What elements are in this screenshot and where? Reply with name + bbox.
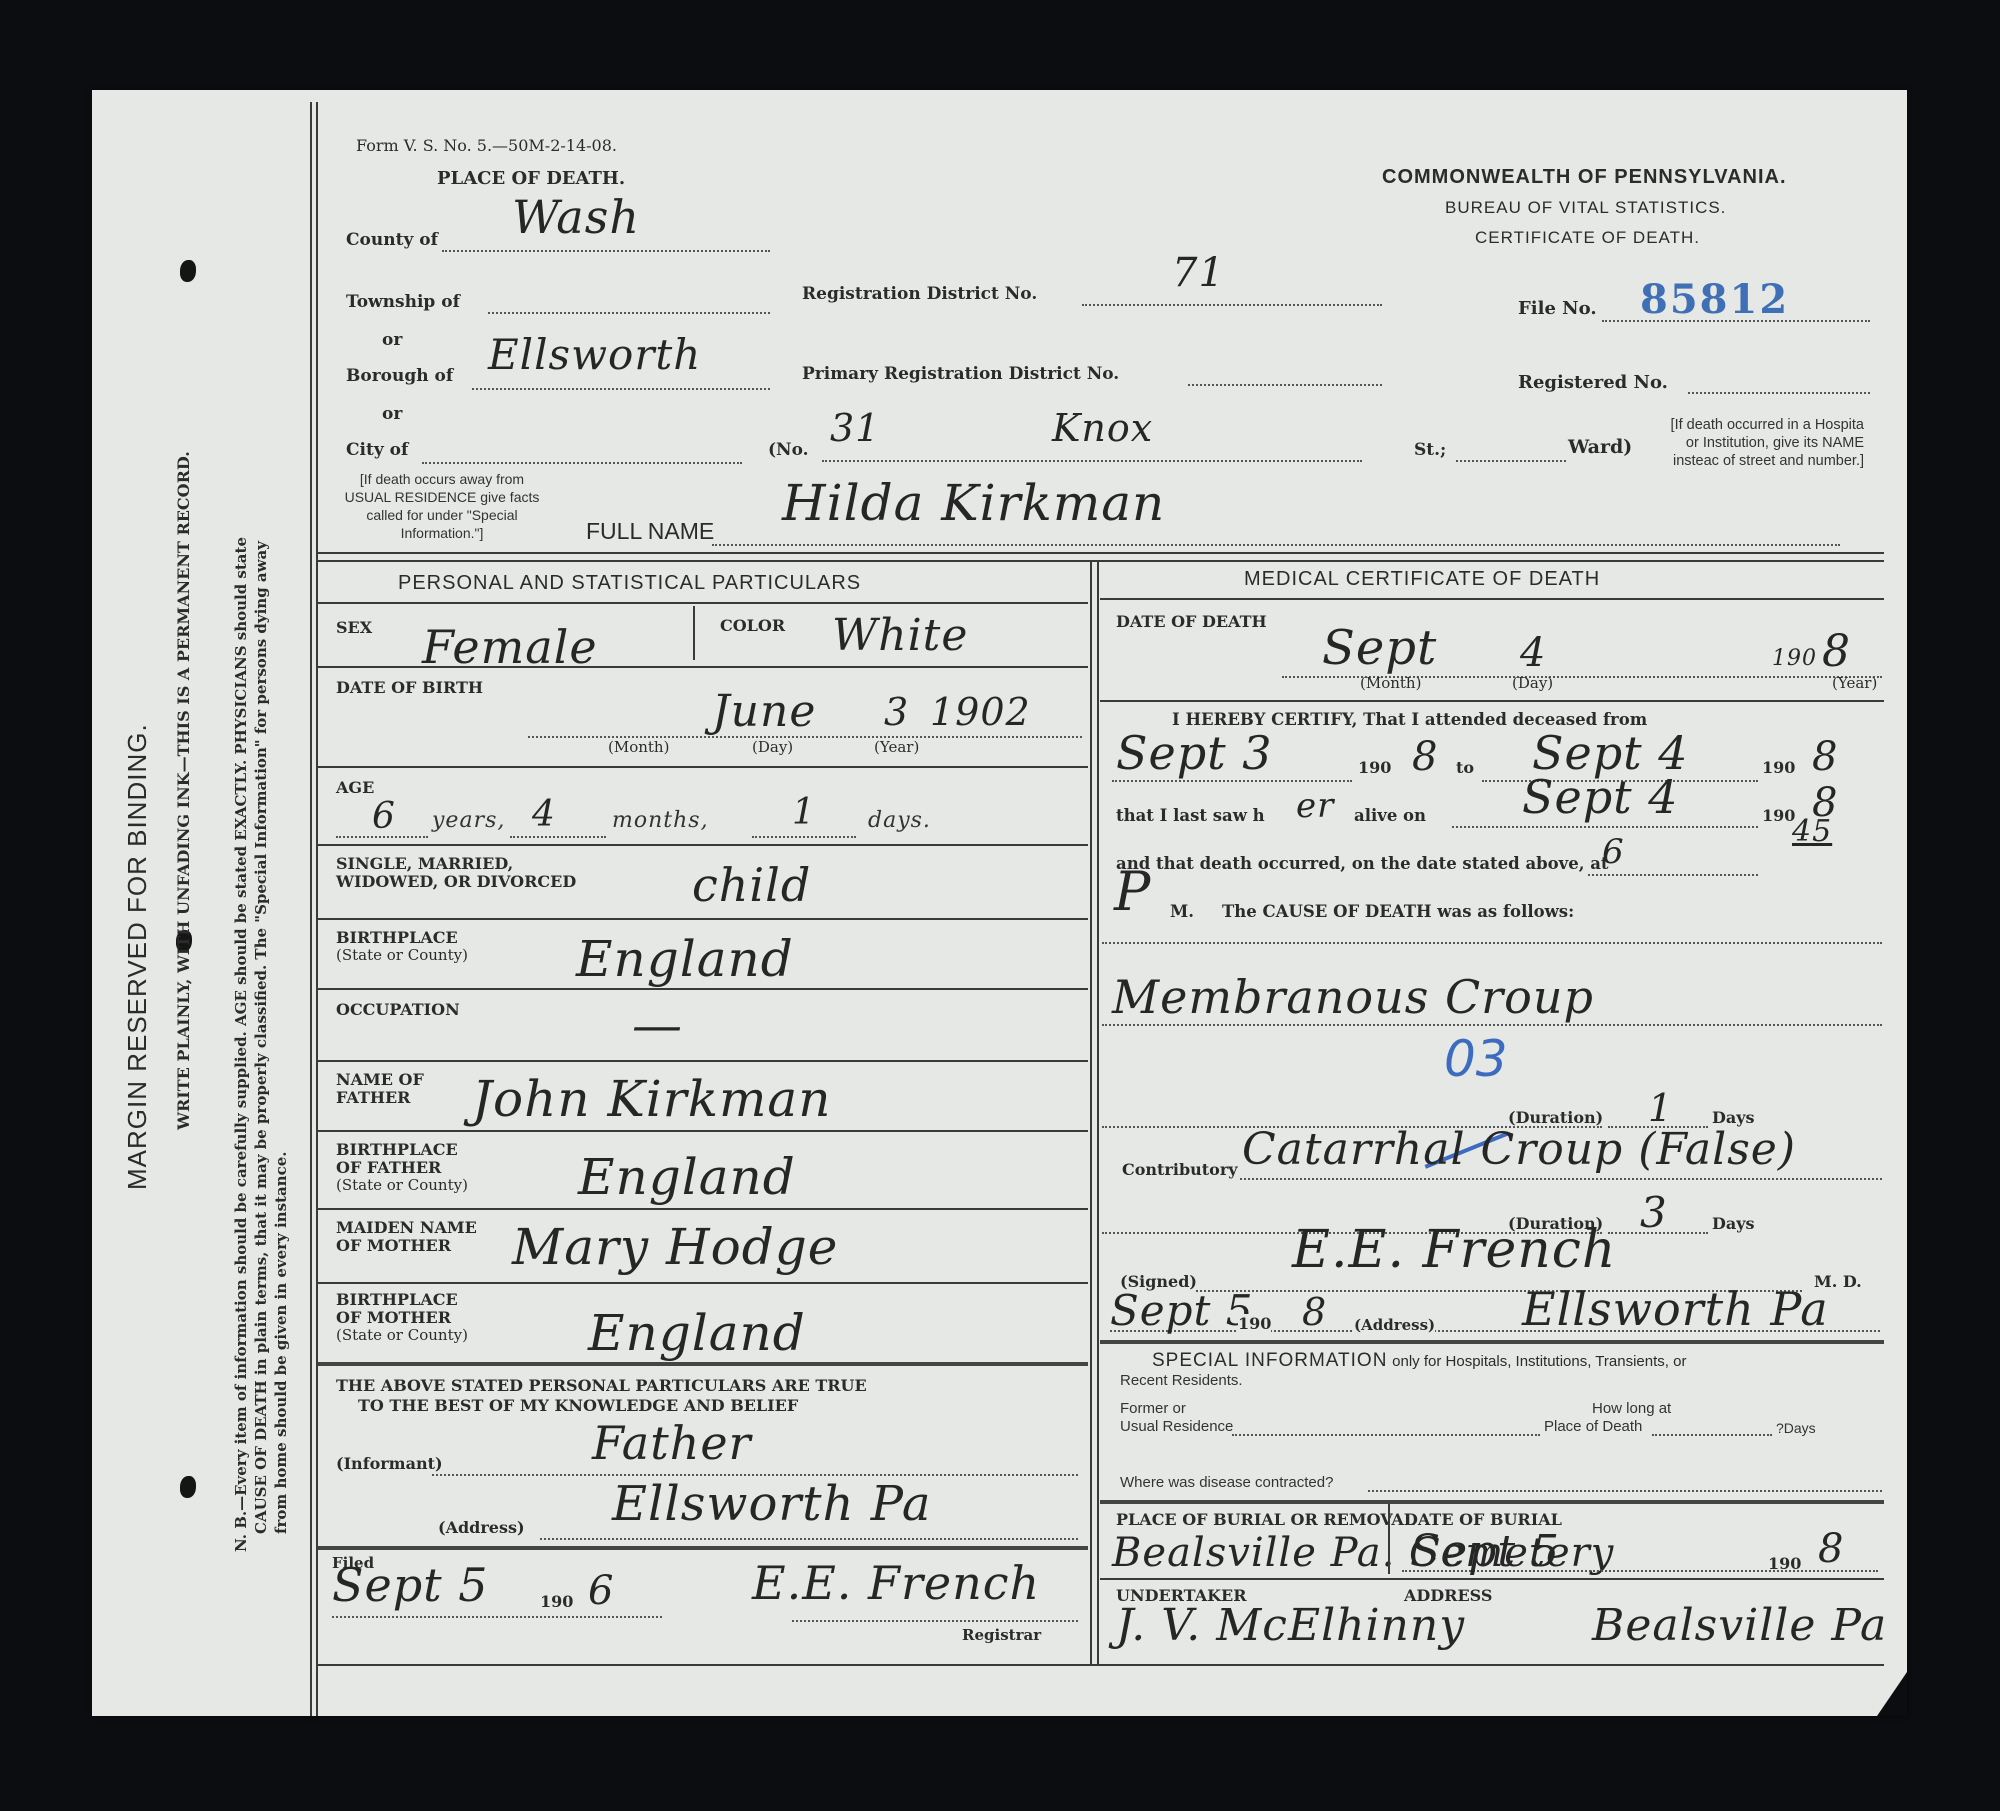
margin-rule: [310, 102, 312, 1716]
undertaker-address-label: ADDRESS: [1404, 1586, 1492, 1605]
special-info-heading: SPECIAL INFORMATION: [1152, 1350, 1387, 1371]
last-saw-year-prefix: 190: [1762, 806, 1795, 825]
death-time-statement: and that death occurred, on the date sta…: [1116, 854, 1609, 873]
row-rule: [318, 1208, 1088, 1210]
marital-label-1: SINGLE, MARRIED,: [336, 854, 513, 873]
or-label: or: [382, 404, 402, 424]
borough-field[interactable]: [472, 378, 770, 390]
full-name-value: Hilda Kirkman: [782, 474, 1165, 532]
former-residence-field[interactable]: [1232, 1430, 1540, 1436]
cause-code-annotation: 03: [1444, 1030, 1508, 1088]
cause-line-1[interactable]: [1102, 938, 1882, 944]
row-rule: [318, 1060, 1088, 1062]
street-no-value: 31: [830, 406, 880, 450]
age-years-value: 6: [372, 796, 396, 837]
disease-contracted-label: Where was disease contracted?: [1120, 1474, 1333, 1491]
registrar-signature-field[interactable]: [792, 1614, 1078, 1622]
date-of-death-label: DATE OF DEATH: [1116, 612, 1267, 631]
last-saw-pronoun: er: [1296, 786, 1334, 826]
sex-label: SEX: [336, 618, 372, 637]
age-months-value: 4: [532, 794, 556, 835]
marital-value: child: [692, 858, 811, 912]
filed-date-value: Sept 5: [332, 1558, 489, 1612]
row-rule-heavy: [318, 1362, 1088, 1366]
burial-date-value: Sept 5: [1410, 1526, 1560, 1577]
dob-year-value: 1902: [930, 690, 1031, 734]
dob-label: DATE OF BIRTH: [336, 678, 483, 697]
file-no-label: File No.: [1518, 298, 1597, 319]
special-info-title: SPECIAL INFORMATION only for Hospitals, …: [1152, 1350, 1686, 1372]
age-days-caption: days.: [868, 808, 931, 833]
meridiem-label: M.: [1170, 902, 1194, 921]
burial-year-value: 8: [1818, 1526, 1844, 1572]
filed-year-prefix: 190: [540, 1592, 573, 1611]
row-rule: [318, 666, 1088, 668]
contributory-value: Catarrhal Croup (False): [1242, 1124, 1796, 1175]
borough-label: Borough of: [346, 366, 453, 386]
column-divider: [1090, 560, 1092, 1664]
registration-district-field[interactable]: [1082, 296, 1382, 306]
city-label: City of: [346, 440, 408, 460]
physician-address-value: Ellsworth Pa: [1522, 1282, 1829, 1336]
age-label: AGE: [336, 778, 374, 797]
township-field[interactable]: [488, 302, 770, 314]
special-info-scope: only for Hospitals, Institutions, Transi…: [1392, 1353, 1686, 1370]
registrar-signature: E.E. French: [752, 1556, 1040, 1610]
contributory-label: Contributory: [1122, 1160, 1238, 1179]
row-rule: [318, 844, 1088, 846]
former-residence-label-1: Former or: [1120, 1400, 1186, 1417]
birthplace-sublabel: (State or County): [336, 946, 468, 964]
undertaker-address-value: Bealsville Pa: [1592, 1600, 1887, 1651]
row-rule: [1100, 598, 1884, 600]
street-value: Knox: [1052, 406, 1153, 450]
occupation-label: OCCUPATION: [336, 1000, 460, 1019]
signed-year-value: 8: [1302, 1290, 1327, 1334]
signed-year-prefix: 190: [1238, 1314, 1271, 1333]
row-rule: [1100, 700, 1884, 702]
informant-address-value: Ellsworth Pa: [612, 1476, 932, 1532]
birthplace-value: England: [576, 930, 794, 988]
marital-label-2: WIDOWED, OR DIVORCED: [336, 872, 576, 891]
father-name-value: John Kirkman: [472, 1070, 831, 1128]
special-info-scope-2: Recent Residents.: [1120, 1372, 1243, 1389]
binding-hole: [180, 260, 196, 282]
county-label: County of: [346, 230, 438, 250]
column-divider: [1097, 560, 1099, 1664]
row-rule-heavy: [1100, 1340, 1884, 1344]
ward-label: Ward): [1568, 436, 1632, 458]
death-certificate: MARGIN RESERVED FOR BINDING. WRITE PLAIN…: [92, 90, 1907, 1716]
father-birthplace-sublabel: (State or County): [336, 1176, 468, 1194]
folded-corner: [1877, 1672, 1907, 1716]
registration-district-label: Registration District No.: [802, 284, 1037, 304]
hospital-note: [If death occurred in a Hospita or Insti…: [1664, 416, 1864, 470]
how-long-days: ?Days: [1776, 1420, 1816, 1436]
physician-address-label: (Address): [1354, 1316, 1435, 1334]
dob-month-value: June: [712, 686, 816, 737]
cell-divider: [1388, 1504, 1390, 1574]
father-birthplace-label-2: OF FATHER: [336, 1158, 441, 1177]
margin-binding-note: MARGIN RESERVED FOR BINDING.: [122, 723, 153, 1190]
age-years-caption: years,: [432, 808, 505, 833]
registrar-label: Registrar: [962, 1626, 1041, 1644]
cause-of-death-statement: The CAUSE OF DEATH was as follows:: [1222, 902, 1574, 921]
dod-day-value: 4: [1520, 630, 1546, 676]
dob-month-caption: (Month): [608, 738, 669, 756]
attended-to-year-prefix: 190: [1762, 758, 1795, 777]
row-rule: [318, 1282, 1088, 1284]
full-name-label: FULL NAME: [586, 518, 714, 545]
attended-from-year-value: 8: [1412, 734, 1438, 780]
place-of-death-heading: PLACE OF DEATH.: [437, 168, 625, 189]
attended-to-year-value: 8: [1812, 734, 1838, 780]
county-value: Wash: [512, 190, 640, 244]
personal-section-title: PERSONAL AND STATISTICAL PARTICULARS: [398, 572, 861, 595]
state-heading: COMMONWEALTH OF PENNSYLVANIA.: [1382, 166, 1787, 189]
informant-address-label: (Address): [438, 1518, 525, 1537]
former-residence-label-2: Usual Residence: [1120, 1418, 1233, 1435]
mother-name-value: Mary Hodge: [512, 1218, 838, 1276]
mother-birthplace-value: England: [588, 1304, 806, 1362]
primary-district-field[interactable]: [1188, 376, 1382, 386]
binding-hole: [180, 1476, 196, 1498]
color-label: COLOR: [720, 616, 785, 635]
full-name-field[interactable]: [712, 536, 1840, 546]
how-long-field[interactable]: [1652, 1430, 1772, 1436]
attended-from-value: Sept 3: [1116, 726, 1273, 780]
registered-no-field[interactable]: [1688, 384, 1870, 394]
how-long-label-1: How long at: [1592, 1400, 1671, 1417]
row-rule: [318, 988, 1088, 990]
section-rule: [318, 552, 1884, 554]
form-number: Form V. S. No. 5.—50M-2-14-08.: [356, 136, 617, 155]
dod-year-caption: (Year): [1832, 674, 1877, 692]
occupation-value: —: [632, 996, 683, 1054]
dod-year-value: 8: [1822, 626, 1851, 677]
contrib-duration-value: 3: [1640, 1188, 1668, 1237]
signed-date-value: Sept 5: [1110, 1286, 1253, 1335]
borough-value: Ellsworth: [488, 330, 701, 379]
registered-no-label: Registered No.: [1518, 372, 1668, 393]
informant-value: Father: [592, 1416, 752, 1470]
to-label: to: [1456, 758, 1474, 777]
section-rule: [318, 560, 1884, 562]
registration-district-value: 71: [1172, 250, 1225, 296]
city-field[interactable]: [422, 452, 742, 464]
margin-nb-line2: CAUSE OF DEATH in plain terms, that it m…: [252, 541, 270, 1552]
last-saw-label: that I last saw h: [1116, 806, 1265, 825]
burial-place-label: PLACE OF BURIAL OR REMOVAL: [1116, 1510, 1415, 1529]
ward-field[interactable]: [1456, 452, 1566, 462]
father-name-label-2: FATHER: [336, 1088, 410, 1107]
bureau-heading: BUREAU OF VITAL STATISTICS.: [1445, 198, 1726, 218]
contrib-duration-days: Days: [1712, 1214, 1755, 1233]
burial-year-prefix: 190: [1768, 1554, 1801, 1573]
death-time-minute: 45: [1792, 814, 1832, 849]
affirmation-line-2: TO THE BEST OF MY KNOWLEDGE AND BELIEF: [358, 1396, 798, 1415]
street-no-field[interactable]: [822, 452, 1362, 462]
father-birthplace-label-1: BIRTHPLACE: [336, 1140, 458, 1159]
residence-note: [If death occurs away from USUAL RESIDEN…: [342, 470, 542, 542]
alive-on-label: alive on: [1354, 806, 1426, 825]
row-rule: [318, 1130, 1088, 1132]
cause-line-2[interactable]: [1102, 1020, 1882, 1026]
last-saw-date-value: Sept 4: [1522, 770, 1679, 824]
township-label: Township of: [346, 292, 460, 312]
disease-contracted-field[interactable]: [1368, 1486, 1882, 1492]
row-rule-heavy: [318, 1546, 1088, 1550]
primary-district-label: Primary Registration District No.: [802, 364, 1119, 384]
dob-day-value: 3: [884, 690, 909, 734]
dod-month-caption: (Month): [1360, 674, 1421, 692]
dod-year-prefix: 190: [1772, 646, 1817, 671]
mother-birthplace-label-2: OF MOTHER: [336, 1308, 451, 1327]
margin-ink-note: WRITE PLAINLY, WITH UNFADING INK—THIS IS…: [174, 451, 193, 1130]
dob-day-caption: (Day): [752, 738, 793, 756]
margin-nb-line3: from home should be given in every insta…: [272, 1152, 290, 1552]
margin-nb-line1: N. B.—Every item of information should b…: [232, 537, 250, 1552]
mother-birthplace-label-1: BIRTHPLACE: [336, 1290, 458, 1309]
dob-year-caption: (Year): [874, 738, 919, 756]
informant-label: (Informant): [336, 1454, 443, 1473]
cause-of-death-value: Membranous Croup: [1112, 970, 1594, 1024]
physician-signature: E.E. French: [1292, 1220, 1616, 1280]
father-birthplace-value: England: [578, 1148, 796, 1206]
certificate-title: CERTIFICATE OF DEATH.: [1475, 228, 1700, 248]
dod-day-caption: (Day): [1512, 674, 1553, 692]
meridiem-value: P: [1114, 860, 1151, 923]
row-rule: [318, 766, 1088, 768]
age-months-caption: months,: [612, 808, 709, 833]
attended-from-year-prefix: 190: [1358, 758, 1391, 777]
filed-year-value: 6: [588, 1568, 614, 1614]
mother-name-label-2: OF MOTHER: [336, 1236, 451, 1255]
or-label: or: [382, 330, 402, 350]
how-long-label-2: Place of Death: [1544, 1418, 1642, 1435]
informant-field[interactable]: [432, 1468, 1078, 1476]
street-no-label: (No.: [768, 440, 809, 460]
row-rule: [318, 918, 1088, 920]
age-months-field[interactable]: [510, 830, 606, 838]
medical-section-title: MEDICAL CERTIFICATE OF DEATH: [1244, 568, 1600, 591]
file-no-stamp: 85812: [1640, 276, 1789, 323]
color-value: White: [832, 610, 968, 661]
undertaker-value: J. V. McElhinny: [1116, 1600, 1465, 1651]
father-name-label-1: NAME OF: [336, 1070, 424, 1089]
informant-address-field[interactable]: [540, 1532, 1078, 1540]
birthplace-label: BIRTHPLACE: [336, 928, 458, 947]
row-rule: [1100, 1578, 1884, 1580]
st-label: St.;: [1414, 440, 1446, 460]
margin-rule: [316, 102, 318, 1716]
cell-divider: [693, 606, 695, 660]
death-time-hour: 6: [1602, 832, 1625, 872]
row-rule: [318, 602, 1088, 604]
row-rule-heavy: [1100, 1500, 1884, 1504]
mother-name-label-1: MAIDEN NAME: [336, 1218, 477, 1237]
bottom-rule: [318, 1664, 1884, 1666]
affirmation-line-1: THE ABOVE STATED PERSONAL PARTICULARS AR…: [336, 1376, 867, 1395]
age-days-value: 1: [792, 792, 816, 833]
dod-month-value: Sept: [1322, 620, 1437, 676]
mother-birthplace-sublabel: (State or County): [336, 1326, 468, 1344]
